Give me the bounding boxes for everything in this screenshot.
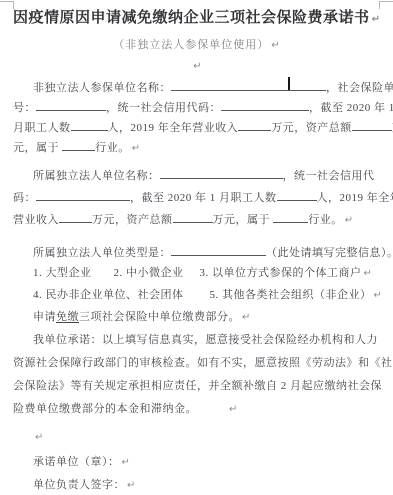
document-line: 单位负责人签字：↵ [33,478,135,494]
document-line: 1. 大型企业2. 中小微企业3. 以单位方式参保的个体工商户↵ [33,266,372,282]
line-text: 非独立法人参保单位名称： [33,82,171,94]
line-text: 人，2019 年全年 [317,192,393,204]
paragraph-mark-icon: ↵ [271,40,279,51]
paragraph-mark-icon: ↵ [345,215,353,226]
fill-in-blank[interactable] [62,138,95,151]
line-text: 三项社会保险中单位缴费部分。 [79,311,240,323]
line-text: 2. 中小微企业 [114,267,184,279]
paragraph-mark-icon: ↵ [372,14,380,25]
fill-in-blank[interactable] [173,210,213,223]
fill-in-blank[interactable] [352,118,392,131]
document-line: 所属独立法人单位名称：，统一社会信用代 [33,166,375,182]
paragraph-mark-icon: ↵ [193,61,201,72]
fill-in-blank[interactable] [273,210,308,223]
paragraph-mark-icon: ↵ [122,457,130,468]
document-line: 非独立法人参保单位名称：，社会保险单位编 [33,78,393,94]
line-text: 号： [13,102,36,114]
document-subtitle-line: （非独立法人参保单位使用）↵ [0,36,393,52]
paragraph-mark-icon: ↵ [374,290,382,301]
line-text: 3. 以单位方式参保的个体工商户 [200,267,362,279]
fill-in-blank[interactable] [277,188,317,201]
line-text: 元，属于 [13,142,62,154]
document-line: 所属独立法人单位类型是：（此处请填写完整信息）。↵ [33,243,393,259]
line-text: 资源社会保障行政部门的审核检查。如有不实，愿意按照《劳动法》和《社 [13,357,393,369]
paragraph-mark-icon: ↵ [229,404,237,415]
fill-in-blank[interactable] [160,166,283,179]
fill-in-blank[interactable] [221,98,309,111]
line-text: 行业。 [308,214,343,226]
empty-paragraph-line: ↵ [0,56,393,74]
line-text: 万元，资产总额 [92,214,173,226]
line-text: 万元，属于 [213,214,274,226]
underlined-text: 免缴 [56,311,79,323]
spacer [92,275,114,276]
line-text: 营业收入 [13,214,59,226]
line-text: 4. 民办非企业单位、社会团体 [33,289,184,301]
line-text: 1. 大型企业 [33,267,92,279]
line-text: 承诺单位（章）： [33,456,120,468]
line-text: ，社会保险单位编 [326,82,393,94]
paragraph-mark-icon: ↵ [132,143,140,154]
document-page: 因疫情原因申请减免缴纳企业三项社会保险费承诺书↵ （非独立法人参保单位使用）↵ … [0,0,393,495]
document-subtitle: （非独立法人参保单位使用） [113,39,269,51]
spacer [184,297,210,298]
spacer [184,275,200,276]
document-line: 我单位承诺：以上填写信息真实，愿意接受社会保险经办机构和人力 [33,333,378,349]
line-text: 万元，资产总额 [271,122,352,134]
line-text: ，截至 2020 年 1 [309,102,393,114]
line-text: 所属独立法人单位名称： [33,170,160,182]
document-line: 会保险法》等有关规定承担相应责任，并全额补缴自 2 月起应缴纳社会保 [13,379,382,395]
line-text: 5. 其他各类社会组织（非企业） [210,289,372,301]
line-text: ，统一社会信用代 [283,170,375,182]
line-text: 所属独立法人单位类型是： [33,247,171,259]
line-text: 险费单位缴费部分的本金和滞纳金。 [13,403,197,415]
document-line: 营业收入万元，资产总额万元，属于 行业。↵ [13,210,353,226]
fill-in-blank[interactable] [171,78,326,91]
paragraph-mark-icon: ↵ [127,480,135,491]
document-title-line: 因疫情原因申请减免缴纳企业三项社会保险费承诺书↵ [0,6,393,27]
fill-in-blank[interactable] [59,210,92,223]
paragraph-mark-icon: ↵ [242,312,250,323]
document-line: 4. 民办非企业单位、社会团体5. 其他各类社会组织（非企业）↵ [33,288,382,304]
fill-in-blank[interactable] [36,98,106,111]
line-text: 我单位承诺：以上填写信息真实，愿意接受社会保险经办机构和人力 [33,334,378,346]
paragraph-mark-icon: ↵ [364,268,372,279]
line-text: 单位负责人签字： [33,479,125,491]
document-line: 月职工人数人，2019 年全年营业收入万元，资产总额万 [13,118,393,134]
fill-in-blank[interactable] [171,243,266,256]
line-text: 行业。 [95,142,130,154]
spacer [197,411,227,412]
line-text: 会保险法》等有关规定承担相应责任，并全额补缴自 2 月起应缴纳社会保 [13,380,382,392]
document-line: 码：，截至 2020 年 1 月职工人数人，2019 年全年 [13,188,393,204]
line-text: 申请 [33,311,56,323]
line-text: 人，2019 年全年营业收入 [108,122,239,134]
line-text: （此处请填写完整信息）。 [266,247,393,259]
document-line: ↵ [33,430,43,446]
document-line: 号：，统一社会信用代码：，截至 2020 年 1 [13,98,393,114]
line-text: ，统一社会信用代码： [106,102,221,114]
paragraph-mark-icon: ↵ [35,432,43,443]
line-text: 月职工人数 [13,122,71,134]
fill-in-blank[interactable] [238,118,271,131]
document-line: 险费单位缴费部分的本金和滞纳金。↵ [13,402,237,418]
fill-in-blank[interactable] [71,118,108,131]
line-text: ，截至 2020 年 1 月职工人数 [130,192,277,204]
line-text: 码： [13,192,36,204]
document-title: 因疫情原因申请减免缴纳企业三项社会保险费承诺书 [13,10,370,26]
document-line: 承诺单位（章）：↵ [33,455,130,471]
document-line: 申请免缴三项社会保险中单位缴费部分。↵ [33,310,250,326]
document-line: 元，属于 行业。↵ [13,138,140,154]
fill-in-blank[interactable] [36,188,130,201]
text-cursor [288,77,290,90]
document-line: 资源社会保障行政部门的审核检查。如有不实，愿意按照《劳动法》和《社 [13,356,393,372]
